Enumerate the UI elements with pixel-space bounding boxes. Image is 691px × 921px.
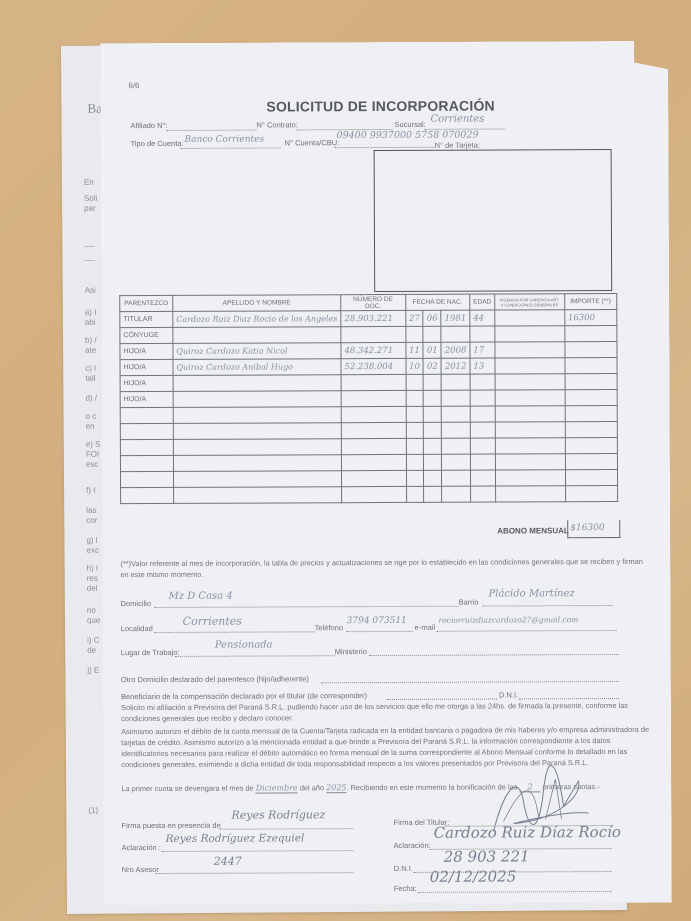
- cell-dia[interactable]: [406, 454, 424, 470]
- cell-parentezco[interactable]: HIJO/A: [120, 343, 173, 359]
- cell-anio[interactable]: [442, 438, 471, 454]
- barrio-field[interactable]: [483, 605, 613, 607]
- abono-mensual-label: ABONO MENSUAL: [497, 526, 569, 535]
- firma-presencia-label: Firma puesta en presencia de: [122, 821, 221, 830]
- ministerio-field[interactable]: [369, 654, 619, 656]
- cell-anio[interactable]: [442, 486, 471, 502]
- cell-anio[interactable]: [442, 470, 471, 486]
- cell-importe[interactable]: [565, 421, 617, 437]
- aclaracion-titular-label: Aclaración:: [394, 841, 431, 850]
- cell-doc[interactable]: 48.342.271: [341, 342, 406, 358]
- fecha-label: Fecha:: [394, 884, 417, 893]
- cell-doc[interactable]: [341, 326, 406, 342]
- footnote: (**)Valor referente al mes de incorporac…: [120, 556, 650, 580]
- cell-doc[interactable]: [341, 422, 406, 438]
- cell-doc[interactable]: [341, 390, 406, 406]
- back-page-fragment: En: [84, 178, 94, 188]
- telefono-field[interactable]: [347, 631, 413, 632]
- back-page-fragment: h) l: [87, 564, 98, 574]
- back-page-fragment: esc: [86, 460, 99, 470]
- cell-parentezco[interactable]: [120, 455, 173, 471]
- cell-doc[interactable]: [341, 374, 406, 390]
- cell-mes[interactable]: [424, 438, 442, 454]
- back-page-fragment: i) C: [87, 636, 100, 646]
- cell-anio[interactable]: [441, 374, 470, 390]
- fecha-value: 02/12/2025: [430, 867, 517, 885]
- cell-edad[interactable]: [470, 438, 495, 454]
- cell-dia[interactable]: 11: [406, 342, 424, 358]
- cell-mes[interactable]: [423, 326, 441, 342]
- cell-parentezco[interactable]: [121, 487, 174, 503]
- cell-anio[interactable]: 2008: [441, 342, 470, 358]
- domicilio-field[interactable]: [155, 606, 459, 608]
- cell-importe[interactable]: [565, 405, 617, 421]
- primer-cuota-prefix: La primer cuota se devengara el mes de: [121, 784, 253, 794]
- cell-edad[interactable]: [470, 390, 495, 406]
- aclaracion-asesor-label: Aclaración :: [122, 843, 161, 852]
- titular-dni-value: 28 903 221: [444, 847, 530, 865]
- cell-anio[interactable]: [442, 422, 471, 438]
- telefono-value: 3794 073511: [347, 616, 407, 626]
- application-form-page: 6/6 SOLICITUD DE INCORPORACIÓN Afiliado …: [100, 41, 672, 905]
- email-value: rociorruizdiazcardozo27@gmail.com: [439, 615, 579, 625]
- page-number: 6/6: [128, 81, 139, 90]
- cuenta-cbu-value: 09400 9937000 5758 070029: [337, 130, 479, 142]
- telefono-label: Teléfono: [315, 623, 343, 632]
- col-vigencia: VIGENCIA POR CARENCIA ART. 4 CONDICIONES…: [495, 294, 565, 310]
- afiliado-label: Afiliado N°:: [130, 121, 167, 130]
- cell-importe[interactable]: [565, 437, 617, 453]
- trabajo-field[interactable]: [175, 655, 335, 657]
- tarjeta-label: N° de Tarjeta:: [435, 141, 480, 150]
- cell-anio[interactable]: [441, 390, 470, 406]
- cell-parentezco[interactable]: [120, 423, 173, 439]
- cell-edad[interactable]: [470, 326, 495, 342]
- col-doc: NÚMERO DE DOC.: [341, 294, 406, 310]
- cell-nombre[interactable]: [173, 471, 341, 488]
- cell-importe[interactable]: [565, 469, 617, 485]
- cell-dia[interactable]: [406, 422, 424, 438]
- back-page-fragment: FOI: [86, 450, 99, 460]
- cell-importe[interactable]: [565, 453, 617, 469]
- cell-dia[interactable]: [406, 486, 424, 502]
- back-page-fragment: Asi: [85, 286, 96, 296]
- cell-nombre[interactable]: [173, 455, 341, 472]
- cuenta-cbu-field[interactable]: [335, 147, 435, 148]
- cell-edad[interactable]: [470, 422, 495, 438]
- barrio-label: Barrio: [459, 598, 479, 607]
- cell-importe[interactable]: [565, 485, 617, 501]
- cell-importe[interactable]: [565, 341, 617, 357]
- localidad-field[interactable]: [155, 631, 315, 633]
- domicilio-value: Mz D Casa 4: [169, 591, 233, 602]
- back-page-fragment: a) I: [85, 308, 97, 318]
- cell-edad[interactable]: [470, 374, 495, 390]
- cell-anio[interactable]: [441, 326, 470, 342]
- otro-domicilio-label: Otro Domicilio declarado del parentesco …: [121, 674, 309, 684]
- aclaracion-asesor-field[interactable]: [162, 850, 354, 852]
- cell-anio[interactable]: 2012: [441, 358, 470, 374]
- cell-doc[interactable]: [341, 454, 406, 470]
- barrio-value: Plácido Martínez: [489, 588, 575, 599]
- cell-nombre[interactable]: [173, 391, 341, 408]
- cell-vigencia[interactable]: [495, 374, 565, 390]
- cell-doc[interactable]: 52.238.004: [341, 358, 406, 374]
- afiliado-field[interactable]: [167, 130, 257, 131]
- cell-anio[interactable]: [442, 454, 471, 470]
- cell-nombre[interactable]: Quiroz Cardozo Anibal Hugo: [173, 359, 341, 376]
- cell-vigencia[interactable]: [495, 326, 565, 342]
- cell-vigencia[interactable]: [495, 470, 565, 486]
- cell-vigencia[interactable]: [495, 406, 565, 422]
- cell-parentezco[interactable]: HIJO/A: [120, 375, 173, 391]
- back-page-fragment: b) /: [85, 336, 97, 346]
- back-page-fragment: no: [87, 606, 96, 616]
- back-page-fragment: tall: [85, 374, 95, 384]
- cell-edad[interactable]: [470, 406, 495, 422]
- back-page-fragment: que: [87, 616, 100, 626]
- cell-dia[interactable]: [406, 374, 424, 390]
- cell-doc[interactable]: [342, 486, 407, 502]
- tipo-cuenta-value: Banco Corrientes: [185, 135, 265, 145]
- cell-nombre[interactable]: [173, 487, 341, 504]
- cell-anio[interactable]: 1981: [441, 310, 470, 326]
- cell-parentezco[interactable]: [120, 471, 173, 487]
- cell-importe[interactable]: [565, 389, 617, 405]
- back-page-fragment: ----: [84, 242, 95, 252]
- contrato-label: N° Contrato:: [256, 120, 297, 129]
- back-page-fragment: o c: [86, 412, 97, 422]
- otro-domicilio-field[interactable]: [321, 681, 619, 683]
- cell-edad[interactable]: 44: [470, 310, 495, 326]
- cell-importe[interactable]: 16300: [564, 309, 616, 325]
- cell-vigencia[interactable]: [495, 342, 565, 358]
- back-page-fragment: d) /: [85, 394, 97, 404]
- titular-dni-label: D.N.I.: [394, 864, 413, 873]
- aclaracion-asesor-value: Reyes Rodríguez Ezequiel: [166, 832, 305, 845]
- cell-vigencia[interactable]: [496, 486, 566, 502]
- cell-nombre[interactable]: [173, 375, 341, 392]
- tipo-cuenta-field[interactable]: [181, 147, 281, 148]
- nro-asesor-field[interactable]: [156, 872, 354, 874]
- sucursal-value: Corrientes: [430, 114, 484, 125]
- solicitud-text: Solicito mi afiliación a Previsora del P…: [121, 700, 651, 724]
- cell-parentezco[interactable]: HIJO/A: [120, 359, 173, 375]
- cell-mes[interactable]: [424, 454, 442, 470]
- back-page-fragment: e) S: [86, 440, 101, 450]
- ministerio-label: Ministerio: [335, 647, 367, 656]
- cell-edad[interactable]: [470, 470, 495, 486]
- cell-importe[interactable]: [564, 325, 616, 341]
- cell-dia[interactable]: [405, 326, 423, 342]
- back-page-fragment: par: [84, 204, 96, 214]
- cell-dia[interactable]: 10: [406, 358, 424, 374]
- col-edad: EDAD: [470, 294, 495, 310]
- email-field[interactable]: [437, 630, 617, 632]
- primer-cuota-mid: del año: [300, 783, 324, 792]
- back-page-fragment: ----: [84, 256, 95, 266]
- cuenta-cbu-label: N° Cuenta/CBU:: [285, 138, 340, 147]
- cell-vigencia[interactable]: [495, 358, 565, 374]
- back-page-fragment: ate: [85, 346, 96, 356]
- cell-nombre[interactable]: [173, 439, 341, 456]
- cell-dia[interactable]: [406, 406, 424, 422]
- back-page-fragment: res: [87, 574, 98, 584]
- cell-dia[interactable]: [406, 390, 424, 406]
- firma-presencia-field[interactable]: [220, 828, 354, 830]
- cell-dia[interactable]: [406, 438, 424, 454]
- members-table: PARENTEZCO APELLIDO Y NOMBRE NÚMERO DE D…: [119, 293, 618, 504]
- cell-dia[interactable]: [406, 470, 424, 486]
- col-parentezco: PARENTEZCO: [120, 295, 173, 311]
- cell-vigencia[interactable]: [495, 454, 565, 470]
- cell-parentezco[interactable]: HIJO/A: [120, 391, 173, 407]
- cell-edad[interactable]: 17: [470, 342, 495, 358]
- primer-cuota-anio: 2025: [326, 783, 346, 793]
- back-page-fragment: abi: [85, 318, 96, 328]
- cell-parentezco[interactable]: CÓNYUGE: [120, 327, 173, 343]
- cell-mes[interactable]: 01: [423, 342, 441, 358]
- cell-mes[interactable]: [424, 374, 442, 390]
- back-page-fragment: cor: [86, 516, 97, 526]
- aclaracion-titular-value: Cardozo Ruiz Díaz Rocío: [434, 823, 621, 842]
- card-number-box[interactable]: [374, 149, 613, 292]
- back-page-fragment: las: [86, 506, 96, 516]
- cell-vigencia[interactable]: [495, 310, 565, 326]
- cell-edad[interactable]: [470, 454, 495, 470]
- tipo-cuenta-label: Tipo de Cuenta:: [131, 139, 184, 148]
- form-title: SOLICITUD DE INCORPORACIÓN: [266, 98, 495, 115]
- cell-nombre[interactable]: Quiroz Cardozo Katia Nicol: [173, 343, 341, 360]
- cell-dia[interactable]: 27: [405, 310, 423, 326]
- cell-nombre[interactable]: Cardozo Ruiz Diaz Rocio de los Angeles: [173, 311, 341, 328]
- cell-doc[interactable]: [341, 406, 406, 422]
- trabajo-label: Lugar de Trabajo:: [121, 648, 180, 657]
- sucursal-label: Sucursal:: [394, 120, 425, 129]
- back-page-fragment: g) l: [86, 536, 97, 546]
- col-nombre: APELLIDO Y NOMBRE: [173, 295, 341, 312]
- cell-mes[interactable]: [424, 390, 442, 406]
- localidad-value: Corrientes: [183, 615, 242, 628]
- back-page-fragment: f) I: [86, 486, 95, 496]
- cell-vigencia[interactable]: [495, 438, 565, 454]
- cell-mes[interactable]: [424, 470, 442, 486]
- nro-asesor-value: 2447: [214, 855, 242, 868]
- cell-importe[interactable]: [565, 357, 617, 373]
- beneficiario-dni-label: D.N.I.: [499, 690, 518, 699]
- cell-edad[interactable]: 13: [470, 358, 495, 374]
- cell-anio[interactable]: [441, 406, 470, 422]
- cell-doc[interactable]: [341, 438, 406, 454]
- back-page-fragment: exc: [86, 546, 99, 556]
- abono-mensual-value: $16300: [570, 523, 604, 533]
- col-importe: IMPORTE (**): [564, 293, 616, 309]
- back-page-fragment: de: [87, 646, 96, 656]
- cell-mes[interactable]: 06: [423, 310, 441, 326]
- email-label: e-mail: [415, 623, 435, 632]
- localidad-label: Localidad: [121, 624, 153, 633]
- cell-parentezco[interactable]: [120, 407, 173, 423]
- cell-vigencia[interactable]: [495, 422, 565, 438]
- trabajo-value: Pensionada: [215, 639, 273, 650]
- cell-nombre[interactable]: [173, 423, 341, 440]
- table-row: [121, 485, 618, 503]
- beneficiario-label: Beneficiario de la compensación declarad…: [121, 691, 367, 701]
- back-page-fragment: del: [87, 584, 98, 594]
- cell-nombre[interactable]: [173, 327, 341, 344]
- back-page-fragment: Soli: [84, 194, 97, 204]
- cell-doc[interactable]: 28.903.221: [341, 310, 406, 326]
- primer-cuota-mes: Diciembre: [256, 783, 298, 793]
- back-page-fragment: (1): [88, 806, 98, 816]
- back-page-fragment: j) E: [87, 666, 99, 676]
- cell-vigencia[interactable]: [495, 390, 565, 406]
- asesor-signature: Reyes Rodríguez: [231, 808, 325, 821]
- back-page-title-fragment: Ba: [87, 104, 102, 114]
- back-page-fragment: c) l: [85, 364, 96, 374]
- col-fecha-nac: FECHA DE NAC.: [405, 294, 469, 310]
- cell-nombre[interactable]: [173, 407, 341, 424]
- cell-importe[interactable]: [565, 373, 617, 389]
- cell-parentezco[interactable]: [120, 439, 173, 455]
- fecha-field[interactable]: [418, 891, 612, 893]
- nro-asesor-label: Nro Asesor: [122, 865, 159, 874]
- cell-mes[interactable]: [424, 406, 442, 422]
- cell-doc[interactable]: [341, 470, 406, 486]
- cell-mes[interactable]: [424, 422, 442, 438]
- cell-parentezco[interactable]: TITULAR: [120, 311, 173, 327]
- cell-mes[interactable]: [424, 486, 442, 502]
- back-page-fragment: en: [86, 422, 95, 432]
- domicilio-label: Domicilio: [121, 599, 151, 608]
- cell-edad[interactable]: [470, 486, 495, 502]
- cell-mes[interactable]: 02: [423, 358, 441, 374]
